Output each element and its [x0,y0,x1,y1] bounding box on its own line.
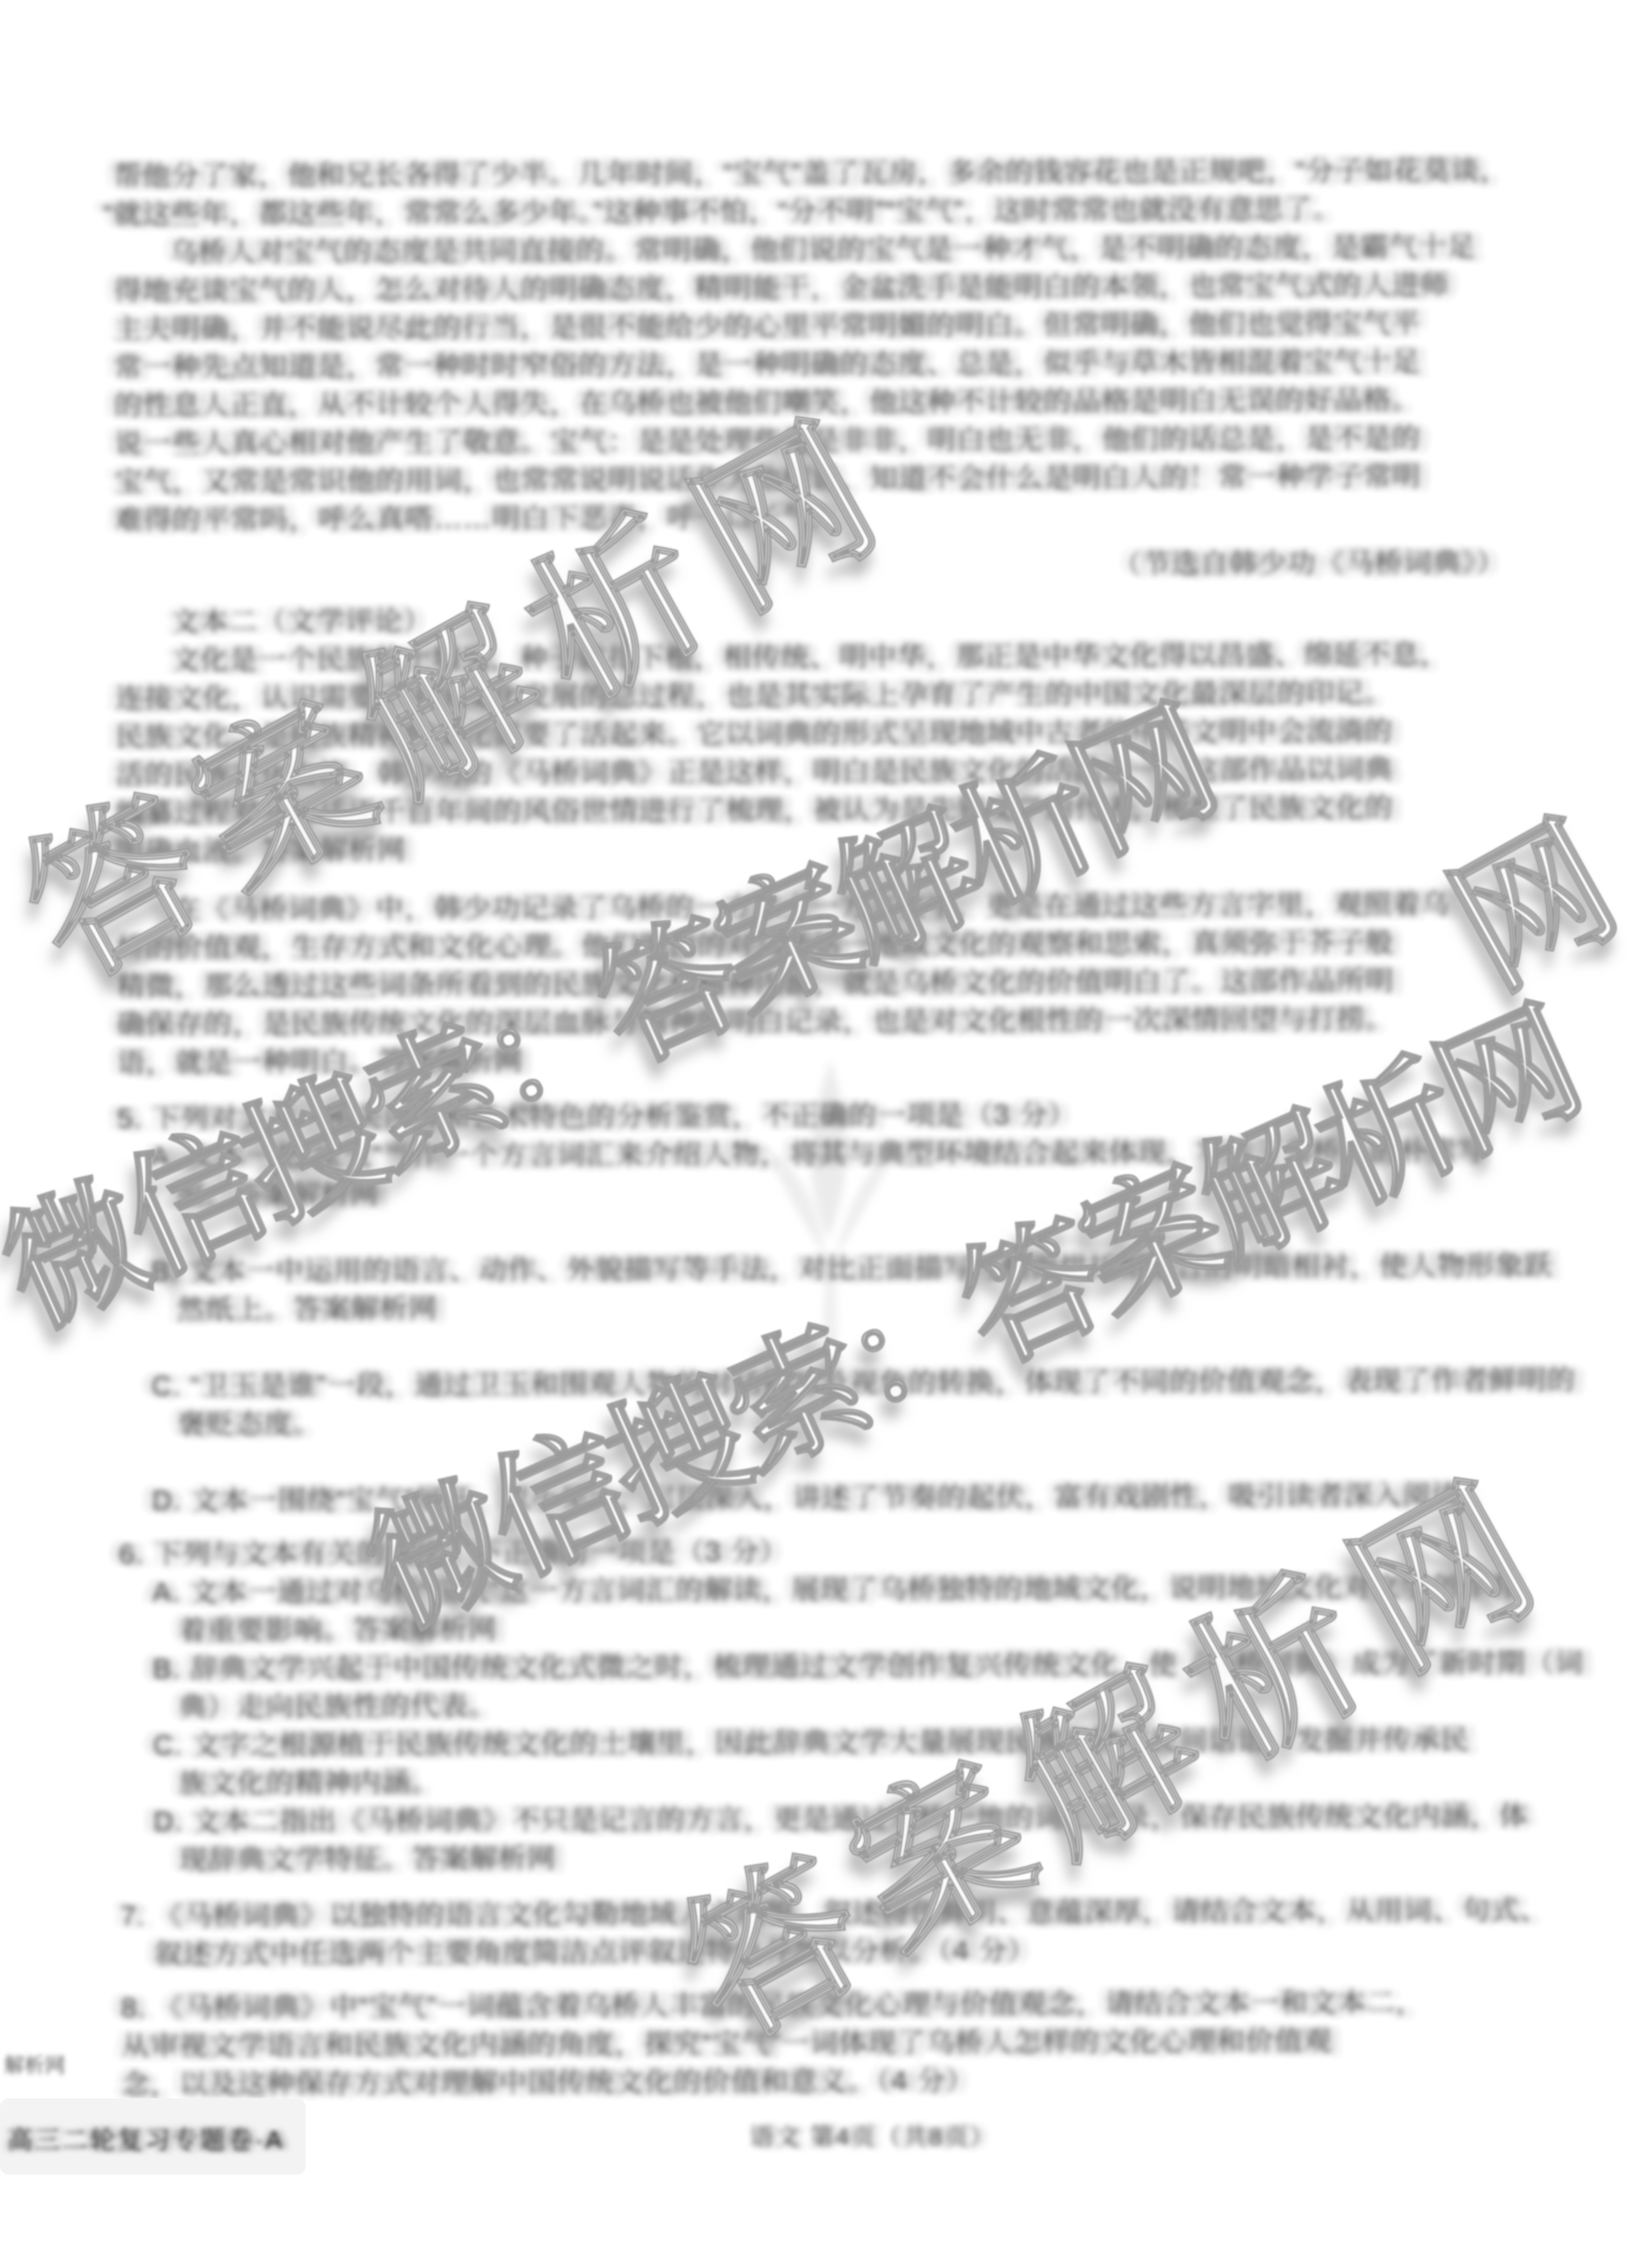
footer-page-label: 语文 第4页（共8页） [749,2117,996,2152]
text-line: 现辞典文学特征。答案解析网 [179,1835,556,1877]
text-line: 然纸上。答案解析网 [176,1286,438,1327]
scanned-exam-page: 帮他分了家，他和兄长各得了少半。几年时间，“宝气”盖了瓦房，多余的钱容花也是正规… [0,0,1627,2268]
text-line: 褒贬态度。 [177,1401,322,1442]
text-line: （节选自韩少功《马桥词典》） [1113,540,1506,581]
footer-left-label: 高三二轮复习专题卷·A [7,2120,284,2156]
text-line: B. 文本一中运用的语言、动作、外貌描写等手法，对比正面描写与侧面烘托相结合的明… [151,1243,1554,1289]
text-line: 族文化的精神内涵。 [178,1759,440,1801]
text-line: 典）走向民族性的代表。 [178,1683,498,1725]
text-line: 念，以及这种保存方式对理解中国传统文化的价值和意义。（4 分） [121,2058,975,2102]
stamp-fragment: 解析网 [4,2049,65,2078]
